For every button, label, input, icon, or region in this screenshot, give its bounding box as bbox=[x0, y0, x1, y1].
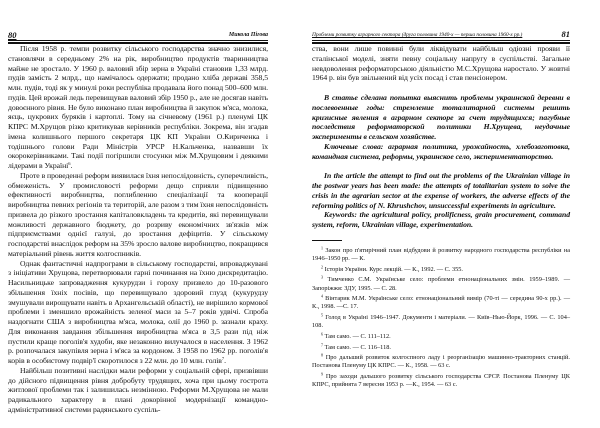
footnote: 8 Про дальший розвиток колгоспного ладу … bbox=[312, 354, 570, 370]
page-number: 81 bbox=[562, 30, 571, 39]
footnote: 5 Голод в Україні 1946–1947. Документи і… bbox=[312, 314, 570, 330]
body-text-right: ства, вони лише повинні були ліквідувати… bbox=[312, 44, 570, 230]
left-page: 80 Микола Пігова Після 1958 р. темпи роз… bbox=[0, 0, 300, 428]
paragraph: Однак фантастичні надпрограми в сільсько… bbox=[8, 259, 268, 366]
keywords-en: Keywords: the agricultural policy, proli… bbox=[312, 210, 570, 230]
footnote: 4 Вінтарик М.М. Українське село: етнонац… bbox=[312, 295, 570, 311]
right-page: Проблеми розвитку аграрного сектора (дру… bbox=[300, 0, 600, 428]
running-head-right: Проблеми розвитку аграрного сектора (дру… bbox=[312, 31, 570, 40]
footnote: 1 Закон про п'ятирічний план відбудови й… bbox=[312, 247, 570, 263]
paragraph-continuation: ства, вони лише повинні були ліквідувати… bbox=[312, 44, 570, 83]
footnote: 6 Там само. — С. 111–112. bbox=[312, 333, 570, 341]
footnotes: 1 Закон про п'ятирічний план відбудови й… bbox=[312, 240, 570, 392]
body-text-left: Після 1958 р. темпи розвитку сільського … bbox=[8, 44, 268, 415]
abstract-ru: В статье сделана попытка выяснить пробле… bbox=[312, 93, 570, 142]
running-head-left: 80 Микола Пігова bbox=[8, 31, 268, 40]
footnote-ref[interactable]: 7 bbox=[222, 356, 224, 361]
keywords-ru: Ключевые слова: аграрная политика, урожа… bbox=[312, 142, 570, 162]
abstract-en: In the article the attempt to find out t… bbox=[312, 171, 570, 210]
footnote-ref[interactable]: 6 bbox=[68, 161, 70, 166]
footnote-rule bbox=[312, 240, 342, 241]
footnote: 3 Тимченко С.М. Українське село: проблем… bbox=[312, 276, 570, 292]
paragraph: Найбільш позитивні наслідки мали реформи… bbox=[8, 366, 268, 415]
footnote: 7 Там само. — С. 116–118. bbox=[312, 344, 570, 352]
paragraph: Проте в проведенні реформ виявилася їхня… bbox=[8, 171, 268, 259]
header-rule-thin bbox=[312, 40, 570, 41]
header-rule-thin bbox=[8, 40, 268, 41]
running-head-title: Проблеми розвитку аграрного сектора (дру… bbox=[312, 31, 522, 40]
page-number: 80 bbox=[8, 30, 17, 40]
running-head-author: Микола Пігова bbox=[229, 31, 268, 40]
footnote: 9 Про заходи дальшого розвитку сільськог… bbox=[312, 373, 570, 389]
footnote: 2 Історія України. Курс лекцій. — К., 19… bbox=[312, 266, 570, 274]
paragraph: Після 1958 р. темпи розвитку сільського … bbox=[8, 44, 268, 171]
